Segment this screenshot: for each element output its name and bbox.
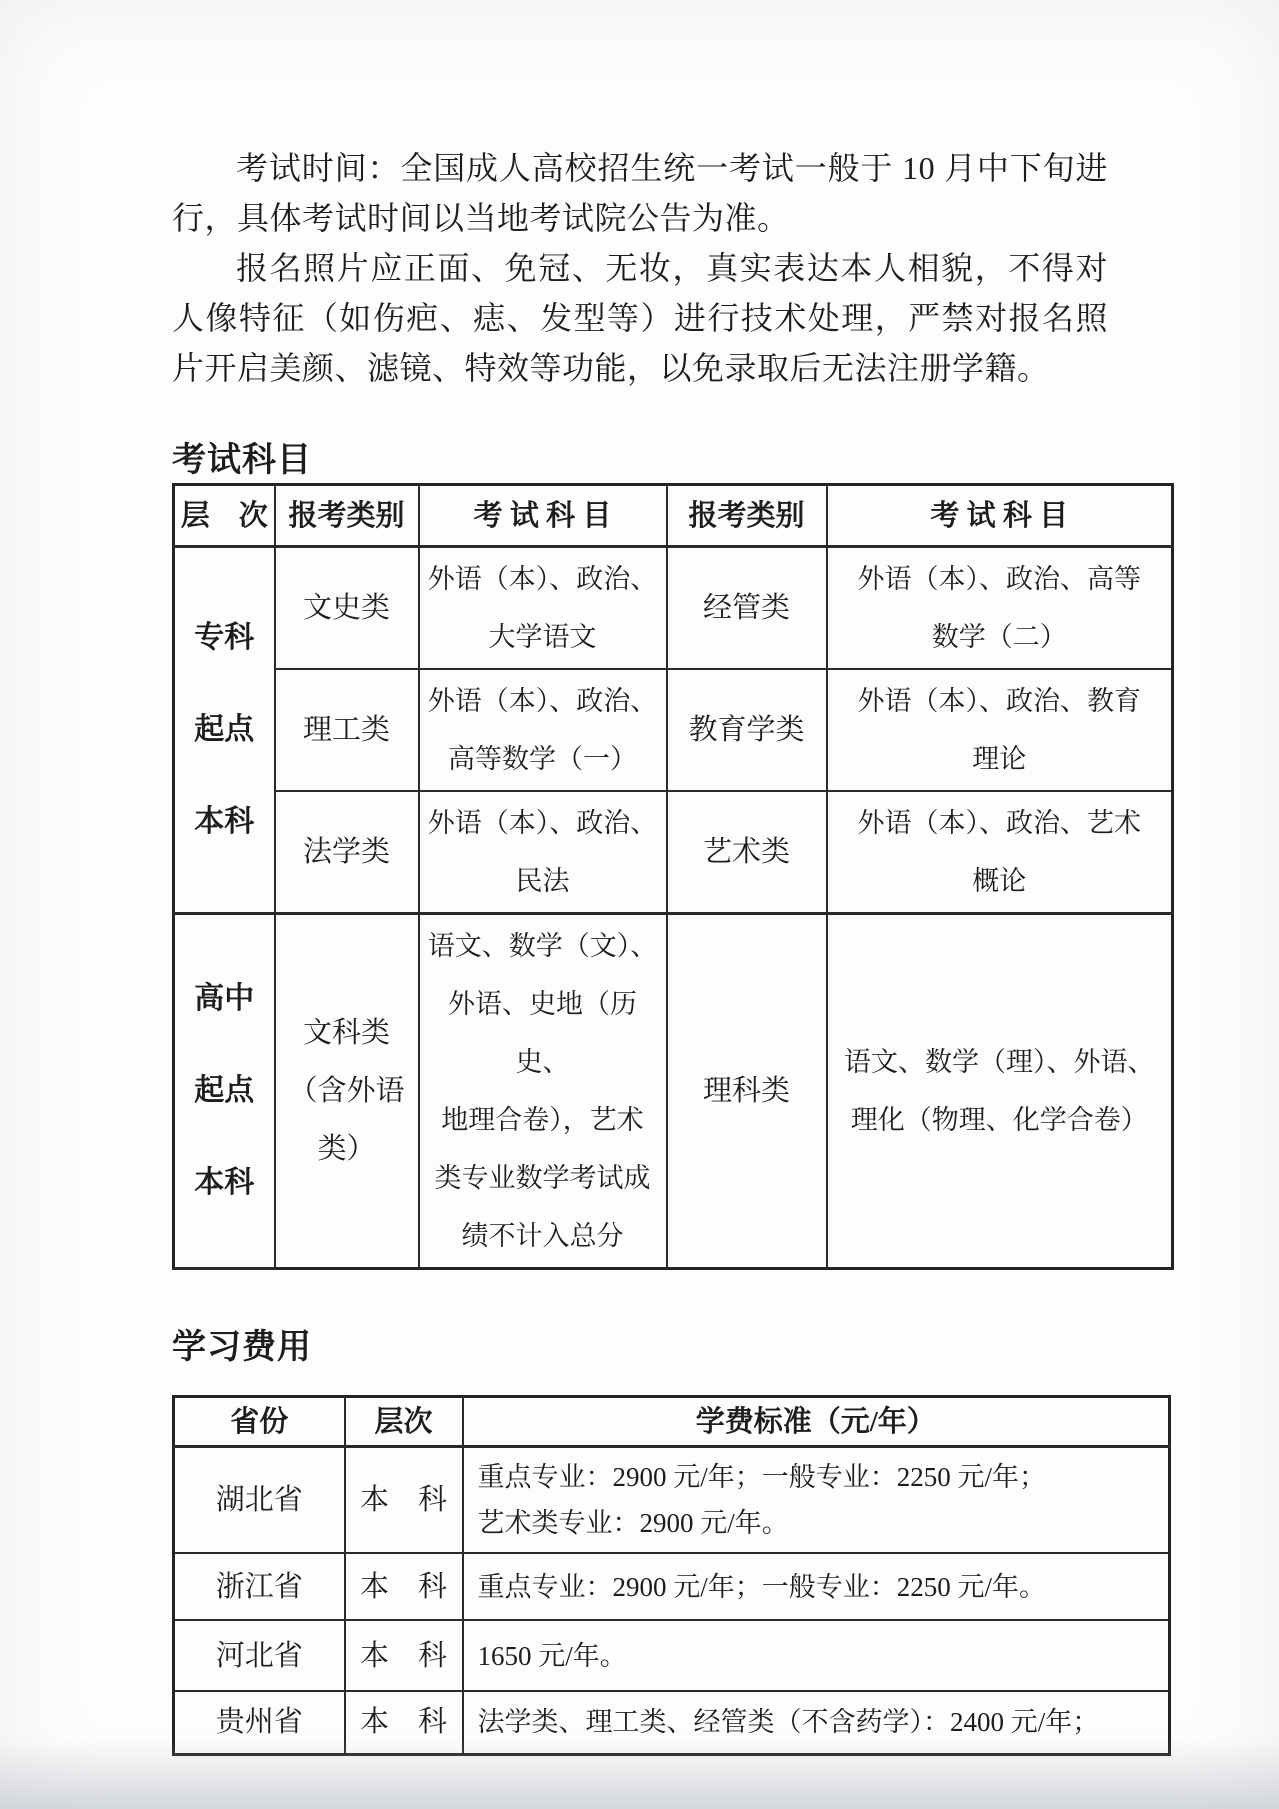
- fees-heading: 学习费用: [172, 1328, 1279, 1368]
- cell-subjects: 语文、数学（理）、外语、 理化（物理、化学合卷）: [827, 914, 1173, 1269]
- cell-category: 教育学类: [667, 669, 827, 791]
- cell-fee-level: 本 科: [345, 1447, 463, 1554]
- table-row: 湖北省 本 科 重点专业：2900 元/年；一般专业：2250 元/年； 艺术类…: [174, 1447, 1170, 1554]
- document-page: 考试时间：全国成人高校招生统一考试一般于 10 月中下旬进行，具体考试时间以当地…: [0, 0, 1279, 1809]
- cell-province: 河北省: [174, 1620, 345, 1691]
- header-province: 省份: [174, 1397, 345, 1447]
- table-row: 浙江省 本 科 重点专业：2900 元/年；一般专业：2250 元/年。: [174, 1553, 1170, 1620]
- cell-province: 浙江省: [174, 1553, 345, 1620]
- cell-subjects: 外语（本）、政治、艺术 概论: [827, 791, 1173, 914]
- paragraph-exam-time: 考试时间：全国成人高校招生统一考试一般于 10 月中下旬进行，具体考试时间以当地…: [172, 143, 1108, 243]
- paragraph-photo-rules: 报名照片应正面、免冠、无妆，真实表达本人相貌，不得对人像特征（如伤疤、痣、发型等…: [172, 243, 1108, 393]
- cell-province: 湖北省: [174, 1447, 345, 1554]
- cell-category: 理科类: [667, 914, 827, 1269]
- table-row: 理工类 外语（本）、政治、 高等数学（一） 教育学类 外语（本）、政治、教育 理…: [174, 669, 1173, 791]
- cell-fee-standard: 重点专业：2900 元/年；一般专业：2250 元/年。: [463, 1553, 1170, 1620]
- table-row: 贵州省 本 科 法学类、理工类、经管类（不含药学）：2400 元/年；: [174, 1691, 1170, 1754]
- cell-subjects: 外语（本）、政治、高等 数学（二）: [827, 547, 1173, 670]
- intro-text-block: 考试时间：全国成人高校招生统一考试一般于 10 月中下旬进行，具体考试时间以当地…: [172, 143, 1108, 393]
- cell-subjects: 外语（本）、政治、教育 理论: [827, 669, 1173, 791]
- cell-subjects: 外语（本）、政治、 高等数学（一）: [419, 669, 667, 791]
- cell-fee-level: 本 科: [345, 1553, 463, 1620]
- table-row: 高中 起点 本科 文科类 （含外语 类） 语文、数学（文）、 外语、史地（历史、…: [174, 914, 1173, 1269]
- exam-subjects-table: 层 次 报考类别 考 试 科 目 报考类别 考 试 科 目 专科 起点 本科 文…: [172, 483, 1174, 1270]
- cell-category: 艺术类: [667, 791, 827, 914]
- cell-level-gaozhong: 高中 起点 本科: [174, 914, 275, 1269]
- table-row: 专科 起点 本科 文史类 外语（本）、政治、 大学语文 经管类 外语（本）、政治…: [174, 547, 1173, 670]
- cell-category: 理工类: [275, 669, 419, 791]
- cell-category: 经管类: [667, 547, 827, 670]
- table-row: 法学类 外语（本）、政治、 民法 艺术类 外语（本）、政治、艺术 概论: [174, 791, 1173, 914]
- cell-fee-standard: 1650 元/年。: [463, 1620, 1170, 1691]
- header-fee-standard: 学费标准（元/年）: [463, 1397, 1170, 1447]
- cell-fee-standard: 法学类、理工类、经管类（不含药学）：2400 元/年；: [463, 1691, 1170, 1754]
- cell-category: 文史类: [275, 547, 419, 670]
- cell-subjects: 外语（本）、政治、 大学语文: [419, 547, 667, 670]
- table-row: 河北省 本 科 1650 元/年。: [174, 1620, 1170, 1691]
- header-category-right: 报考类别: [667, 485, 827, 547]
- exam-table-header-row: 层 次 报考类别 考 试 科 目 报考类别 考 试 科 目: [174, 485, 1173, 547]
- cell-fee-level: 本 科: [345, 1620, 463, 1691]
- page-content: 考试时间：全国成人高校招生统一考试一般于 10 月中下旬进行，具体考试时间以当地…: [0, 0, 1279, 1756]
- header-category-left: 报考类别: [275, 485, 419, 547]
- header-fee-level: 层次: [345, 1397, 463, 1447]
- header-subjects-right: 考 试 科 目: [827, 485, 1173, 547]
- cell-subjects: 语文、数学（文）、 外语、史地（历史、 地理合卷），艺术 类专业数学考试成 绩不…: [419, 914, 667, 1269]
- fees-table: 省份 层次 学费标准（元/年） 湖北省 本 科 重点专业：2900 元/年；一般…: [172, 1395, 1171, 1756]
- cell-subjects: 外语（本）、政治、 民法: [419, 791, 667, 914]
- fee-table-header-row: 省份 层次 学费标准（元/年）: [174, 1397, 1170, 1447]
- header-subjects-left: 考 试 科 目: [419, 485, 667, 547]
- cell-category: 文科类 （含外语 类）: [275, 914, 419, 1269]
- cell-province: 贵州省: [174, 1691, 345, 1754]
- header-level: 层 次: [174, 485, 275, 547]
- cell-fee-level: 本 科: [345, 1691, 463, 1754]
- cell-category: 法学类: [275, 791, 419, 914]
- cell-fee-standard: 重点专业：2900 元/年；一般专业：2250 元/年； 艺术类专业：2900 …: [463, 1447, 1170, 1554]
- cell-level-zhuanke: 专科 起点 本科: [174, 547, 275, 914]
- exam-subjects-heading: 考试科目: [172, 441, 1279, 481]
